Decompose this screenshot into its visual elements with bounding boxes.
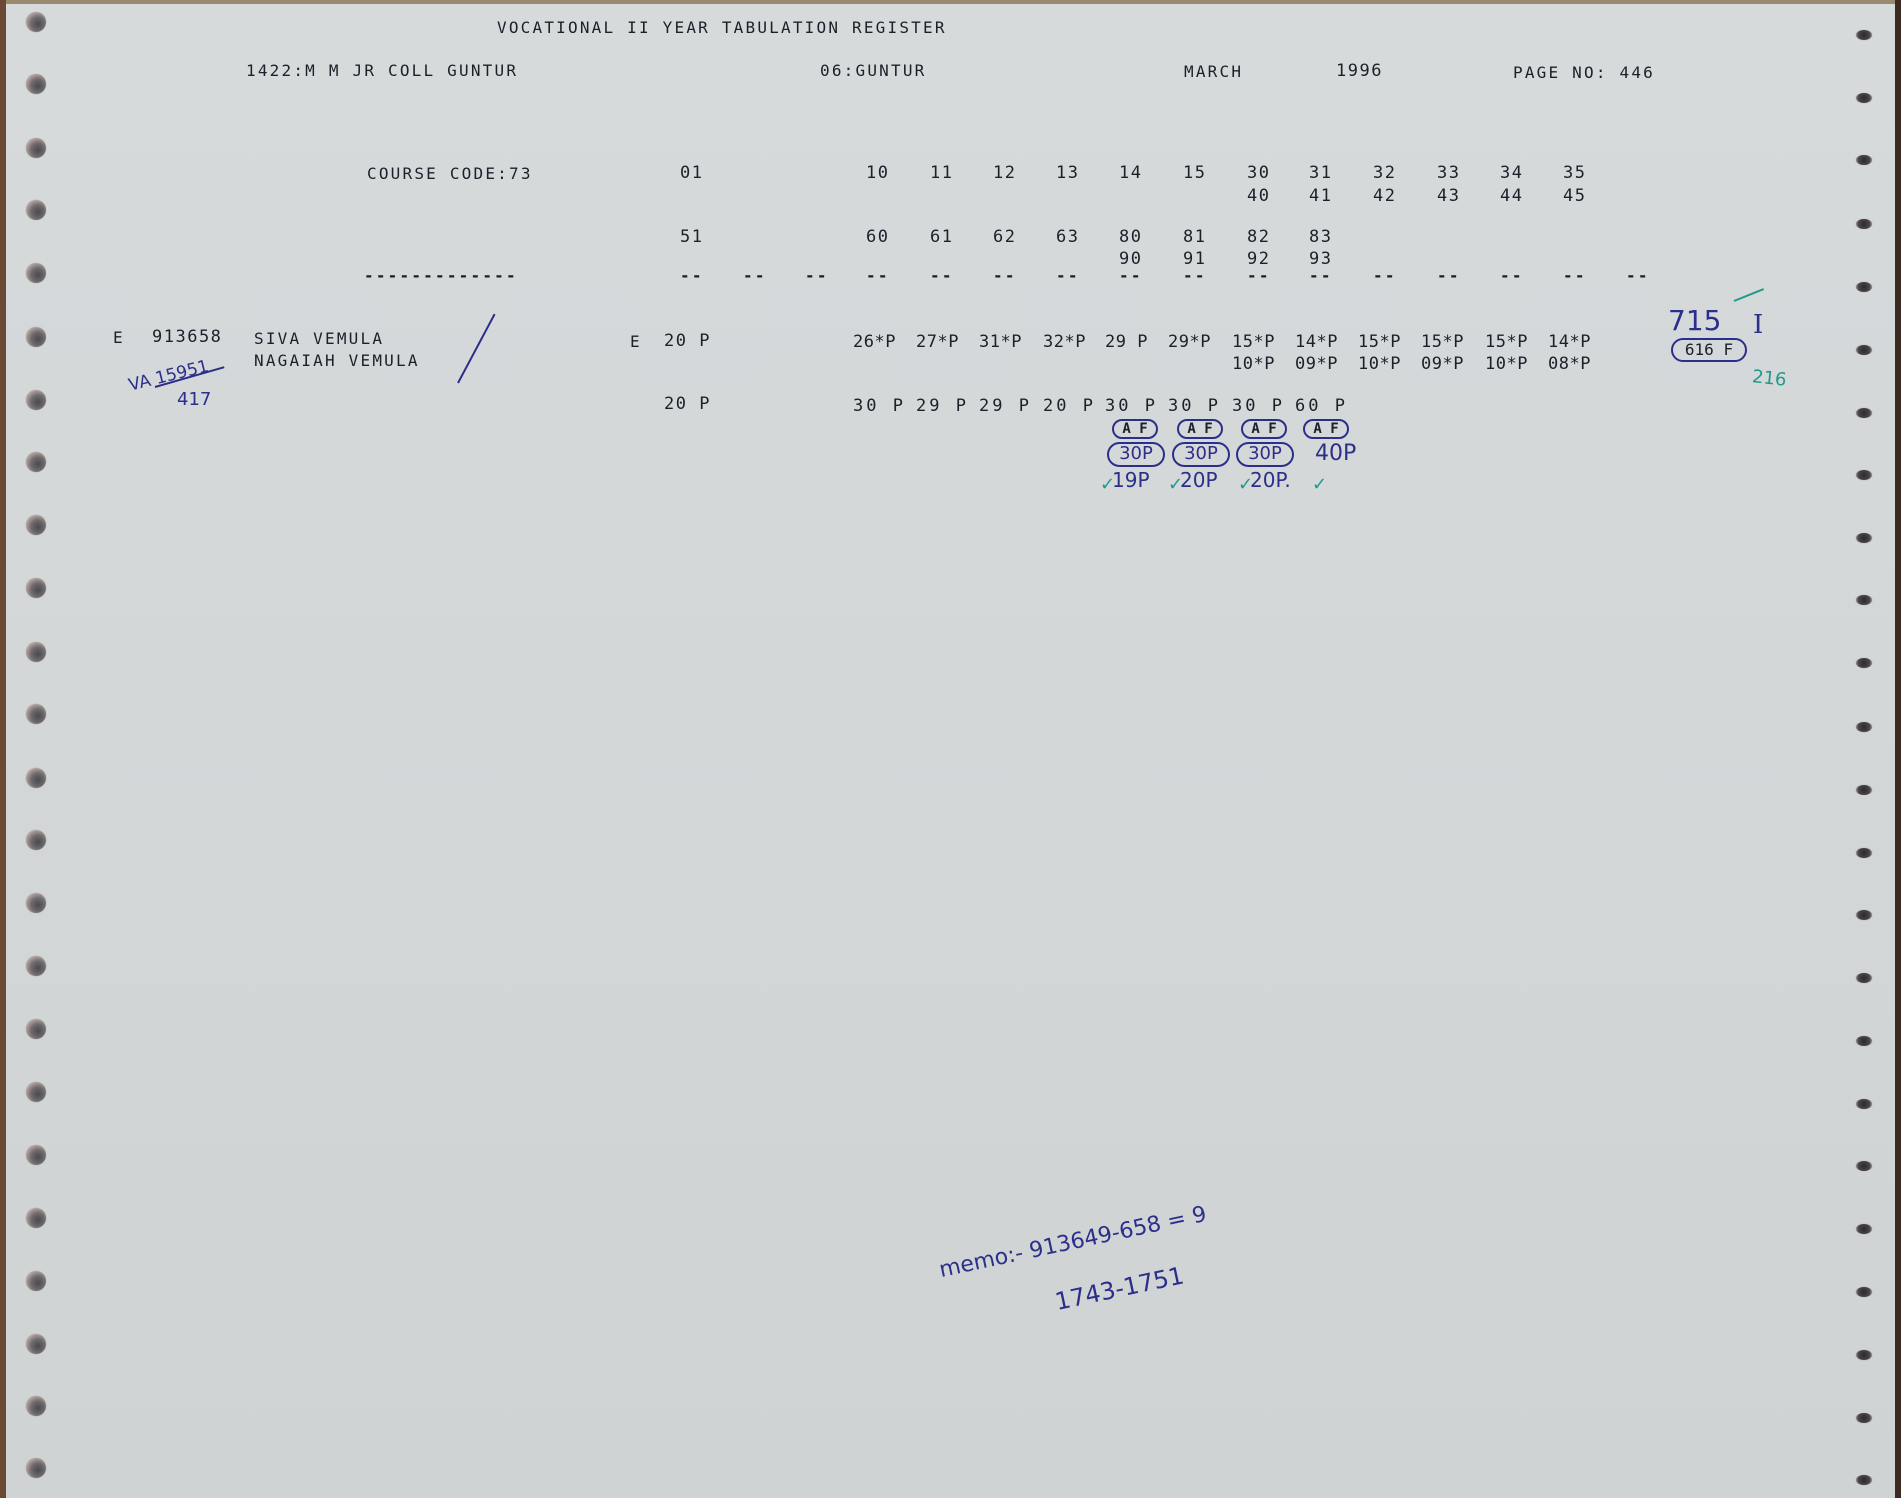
subject-code: 44 (1500, 188, 1523, 205)
hall-ticket-number: 913658 (152, 329, 222, 346)
subject-code: 42 (1373, 188, 1396, 205)
subject-mark: 29 P (1105, 334, 1148, 351)
tractor-hole (26, 1271, 46, 1291)
subject-code: 82 (1247, 229, 1270, 246)
revised-mark-circled: 30P (1107, 442, 1165, 467)
tractor-hole (1856, 658, 1872, 668)
tractor-hole (1856, 910, 1872, 920)
tractor-hole (1856, 785, 1872, 795)
tractor-hole (26, 515, 46, 535)
margin-note-number: 417 (177, 391, 211, 409)
tractor-hole (1856, 155, 1872, 165)
college-name: 1422:M M JR COLL GUNTUR (246, 63, 518, 79)
subject-mark: 08*P (1548, 356, 1591, 373)
subject-mark: 30 P (1168, 398, 1221, 415)
division-mark: I (1753, 312, 1763, 338)
subject-code: 45 (1563, 188, 1586, 205)
column-divider: -- (680, 268, 704, 284)
tractor-hole (1856, 1161, 1872, 1171)
tractor-hole (26, 956, 46, 976)
tractor-hole (1856, 722, 1872, 732)
subject-code: 15 (1183, 165, 1206, 182)
tractor-hole (26, 704, 46, 724)
subject-code: 41 (1309, 188, 1332, 205)
tractor-hole (26, 390, 46, 410)
subject-code: 12 (993, 165, 1016, 182)
tractor-hole (26, 1019, 46, 1039)
column-divider: -- (1119, 268, 1143, 284)
subject-mark: 15*P (1358, 334, 1401, 351)
subject-mark: 15*P (1232, 334, 1275, 351)
student-name: SIVA VEMULA (254, 331, 384, 347)
district-name: 06:GUNTUR (820, 63, 927, 79)
subject-code: 40 (1247, 188, 1270, 205)
tractor-hole (26, 200, 46, 220)
student-status: E (113, 330, 125, 346)
tractor-hole (1856, 1099, 1872, 1109)
medium: E (630, 334, 642, 350)
af-circled-mark: A F (1112, 419, 1158, 439)
tractor-hole (26, 1208, 46, 1228)
part1-first-mark: 20 P (664, 333, 711, 350)
tractor-hole (1856, 1350, 1872, 1360)
tractor-hole (26, 768, 46, 788)
subject-code: 35 (1563, 165, 1586, 182)
tractor-hole (1856, 1413, 1872, 1423)
verified-mark: 20P. (1250, 470, 1291, 490)
tractor-hole (26, 327, 46, 347)
subject-code: 33 (1437, 165, 1460, 182)
subject-code: 34 (1500, 165, 1523, 182)
column-divider: -- (743, 268, 767, 284)
tractor-hole (1856, 219, 1872, 229)
father-name: NAGAIAH VEMULA (254, 353, 420, 369)
tractor-hole (26, 1145, 46, 1165)
tractor-hole (1856, 1287, 1872, 1297)
subject-mark: 10*P (1358, 356, 1401, 373)
column-divider: -- (805, 268, 829, 284)
tractor-hole (26, 830, 46, 850)
course-code: COURSE CODE:73 (367, 166, 533, 182)
tractor-hole (1856, 282, 1872, 292)
page-number: PAGE NO: 446 (1513, 65, 1655, 81)
subject-code: 32 (1373, 165, 1396, 182)
subject-mark: 10*P (1232, 356, 1275, 373)
subject-mark: 14*P (1295, 334, 1338, 351)
column-divider: -- (866, 268, 890, 284)
column-divider: -- (930, 268, 954, 284)
tractor-hole (1856, 345, 1872, 355)
subject-code: 61 (930, 229, 953, 246)
subject-mark: 10*P (1485, 356, 1528, 373)
green-tick-icon: ✓ (1238, 476, 1253, 494)
subject-code: 11 (930, 165, 953, 182)
subject-code: 31 (1309, 165, 1332, 182)
subject-mark: 14*P (1548, 334, 1591, 351)
af-circled-mark: A F (1241, 419, 1287, 439)
column-divider: -- (1056, 268, 1080, 284)
green-tick-icon: ✓ (1168, 476, 1183, 494)
subject-code: 83 (1309, 229, 1332, 246)
part2-first-mark: 20 P (664, 396, 711, 413)
revised-mark-circled: 30P (1236, 442, 1294, 467)
subject-mark: 15*P (1421, 334, 1464, 351)
subject-code: 13 (1056, 165, 1079, 182)
subject-mark: 29 P (916, 398, 969, 415)
tractor-hole (26, 452, 46, 472)
column-divider: -- (1437, 268, 1461, 284)
tractor-hole (1856, 470, 1872, 480)
tractor-hole (26, 1396, 46, 1416)
column-divider: -- (1563, 268, 1587, 284)
revised-total: 715 (1668, 307, 1721, 335)
subject-mark: 26*P (853, 334, 896, 351)
subject-code: 81 (1183, 229, 1206, 246)
subject-mark: 30 P (1232, 398, 1285, 415)
tractor-hole (26, 138, 46, 158)
subject-mark: 27*P (916, 334, 959, 351)
column-divider: -- (1183, 268, 1207, 284)
verified-mark: 19P (1112, 470, 1150, 490)
tractor-hole (1856, 30, 1872, 40)
tractor-hole (1856, 408, 1872, 418)
subject-code: 30 (1247, 165, 1270, 182)
subject-mark: 32*P (1043, 334, 1086, 351)
subject-mark: 09*P (1421, 356, 1464, 373)
subject-mark: 29*P (1168, 334, 1211, 351)
tractor-hole (1856, 1224, 1872, 1234)
column-divider: -- (1309, 268, 1333, 284)
revised-mark-circled: 30P (1172, 442, 1230, 467)
af-circled-mark: A F (1303, 419, 1349, 439)
paper-right-edge (1895, 0, 1901, 1498)
column-divider: -- (1247, 268, 1271, 284)
tractor-hole (26, 1458, 46, 1478)
subject-code: 60 (866, 229, 889, 246)
green-tick-icon: ✓ (1100, 476, 1115, 494)
subject-mark: 20 P (1043, 398, 1096, 415)
exam-year: 1996 (1336, 63, 1383, 80)
af-circled-mark: A F (1177, 419, 1223, 439)
subject-mark: 09*P (1295, 356, 1338, 373)
verified-mark: 20P (1180, 470, 1218, 490)
tractor-hole (1856, 848, 1872, 858)
subject-code: 80 (1119, 229, 1142, 246)
subject-code: 01 (680, 165, 703, 182)
total-marks-circled: 616 F (1671, 338, 1747, 362)
subject-mark: 15*P (1485, 334, 1528, 351)
tractor-hole (1856, 93, 1872, 103)
tractor-hole (1856, 1475, 1872, 1485)
tractor-hole (26, 74, 46, 94)
subject-code: 10 (866, 165, 889, 182)
tractor-hole (26, 642, 46, 662)
green-initial: 216 (1751, 368, 1787, 389)
tractor-hole (1856, 1036, 1872, 1046)
tractor-hole (26, 578, 46, 598)
tractor-hole (1856, 973, 1872, 983)
tractor-hole (26, 12, 46, 32)
column-divider: -- (1626, 268, 1650, 284)
subject-mark: 31*P (979, 334, 1022, 351)
tractor-hole (1856, 595, 1872, 605)
tractor-hole (26, 1334, 46, 1354)
exam-month: MARCH (1184, 64, 1243, 80)
column-divider: -- (993, 268, 1017, 284)
register-title: VOCATIONAL II YEAR TABULATION REGISTER (497, 20, 947, 36)
tractor-hole (26, 263, 46, 283)
divider-line: ------------- (364, 268, 518, 284)
subject-mark: 30 P (1105, 398, 1158, 415)
subject-code: 51 (680, 229, 703, 246)
subject-mark: 29 P (979, 398, 1032, 415)
subject-code: 14 (1119, 165, 1142, 182)
column-divider: -- (1500, 268, 1524, 284)
tractor-hole (1856, 533, 1872, 543)
tractor-hole (26, 893, 46, 913)
revised-mark: 40P (1315, 443, 1356, 465)
subject-code: 63 (1056, 229, 1079, 246)
subject-mark: 60 P (1295, 398, 1348, 415)
subject-mark: 30 P (853, 398, 906, 415)
column-divider: -- (1373, 268, 1397, 284)
tractor-hole (26, 1082, 46, 1102)
green-tick-icon: ✓ (1312, 476, 1327, 494)
paper-left-edge (0, 0, 6, 1498)
subject-code: 43 (1437, 188, 1460, 205)
subject-code: 62 (993, 229, 1016, 246)
